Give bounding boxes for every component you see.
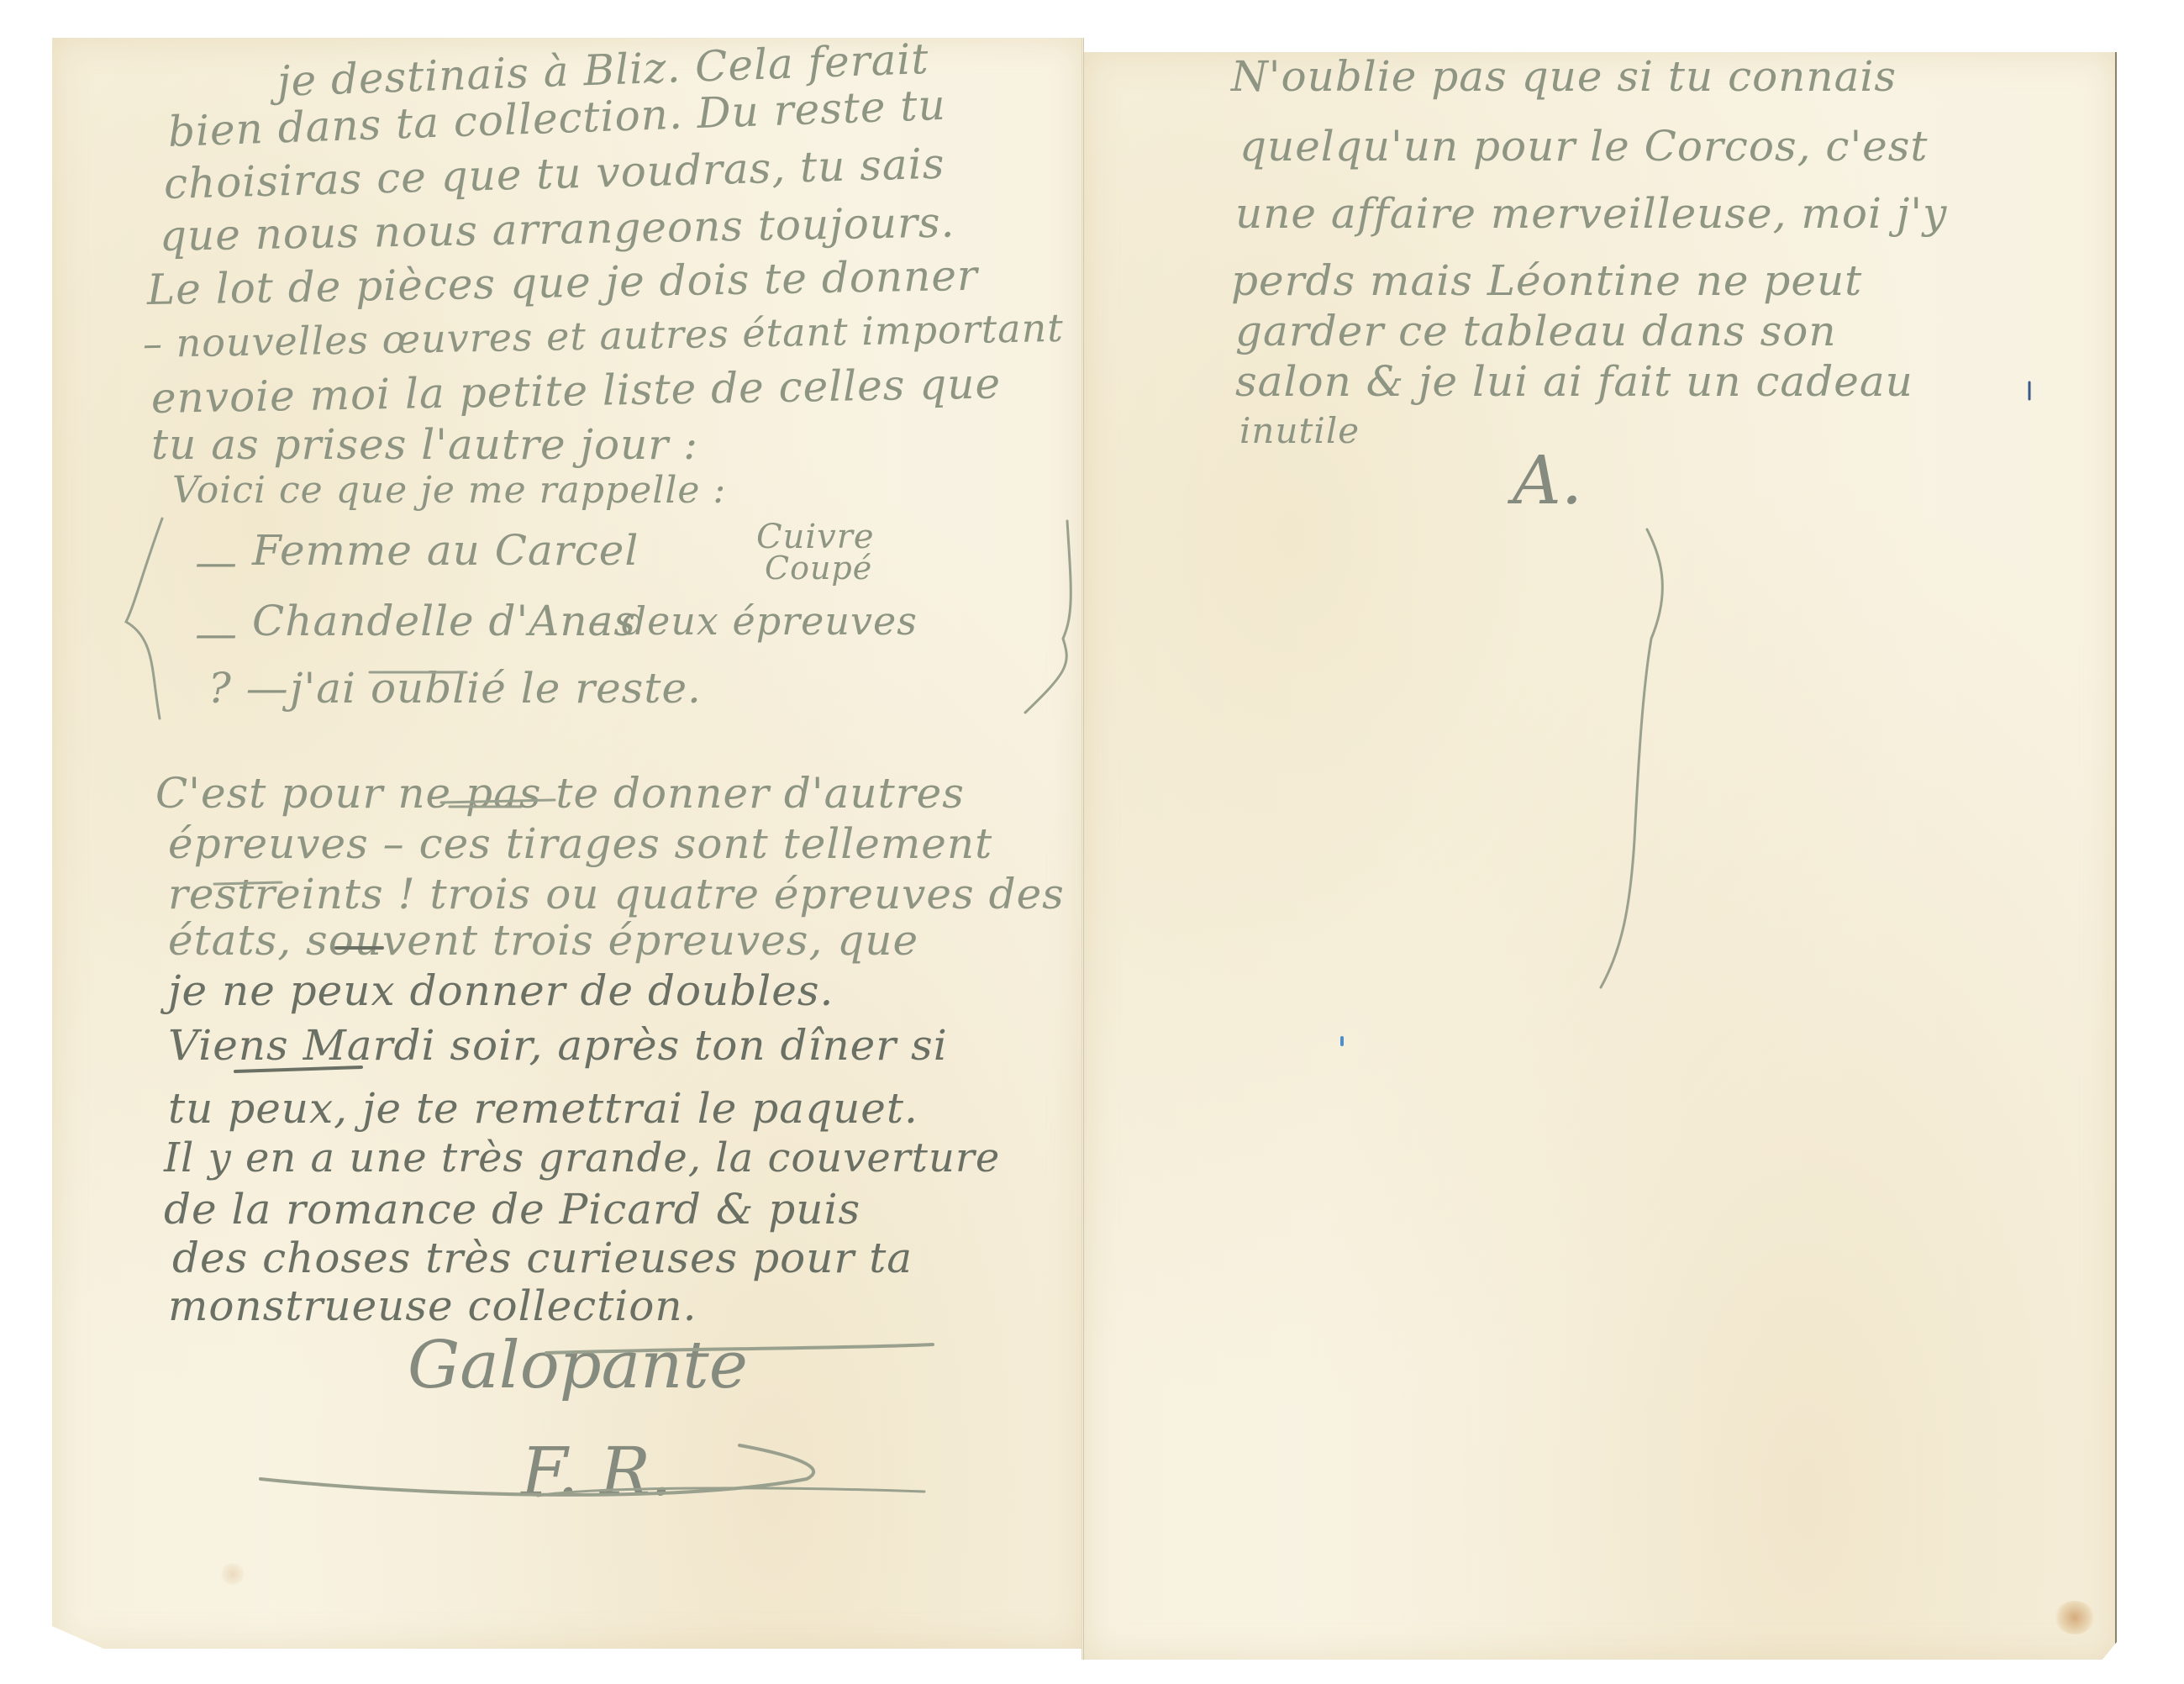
signature-flourish [269,1662,924,1670]
pencil-strokes [0,0,2184,1684]
list-brace-left [126,518,162,718]
signature-tail [1601,529,1662,987]
list-brace-right [1025,521,1071,713]
